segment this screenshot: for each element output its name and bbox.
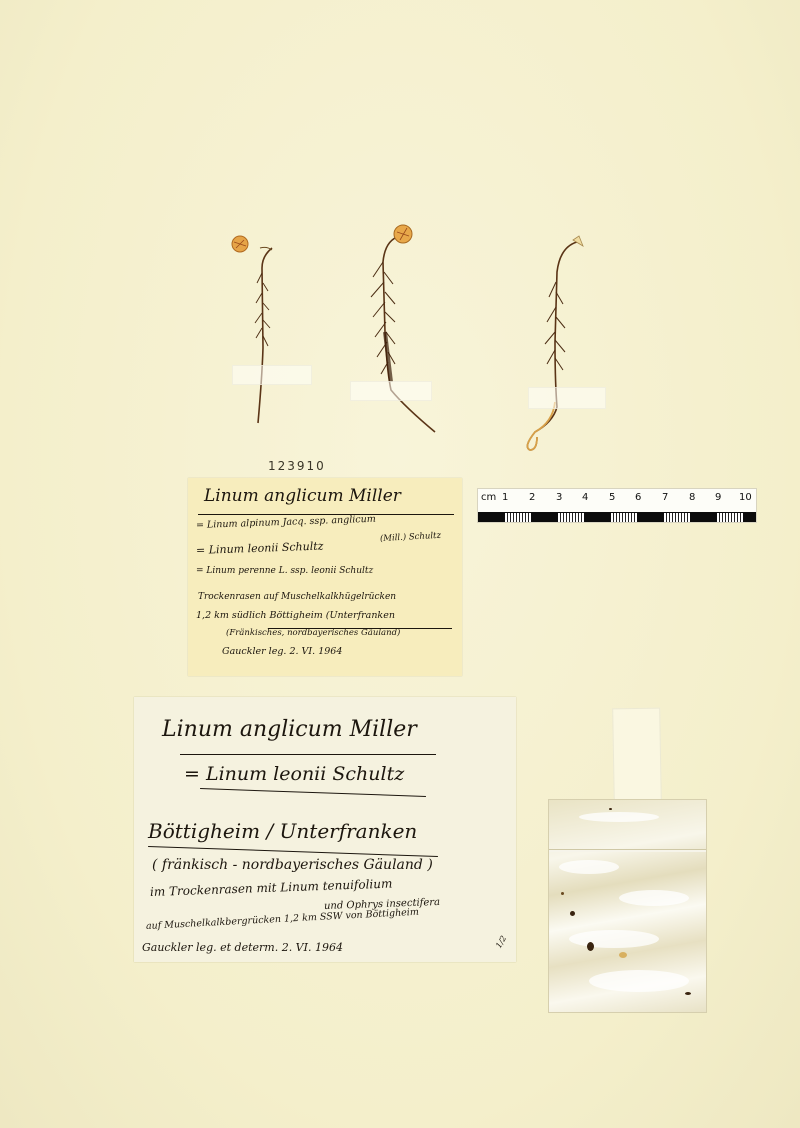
specimen-plant-2 <box>355 222 445 437</box>
habitat-line-1: Trockenrasen auf Muschelkalkhügelrücken <box>198 592 396 602</box>
ruler-segment <box>717 513 743 522</box>
ruler-segment <box>664 513 690 522</box>
habitat-line-2: 1,2 km südlich Böttigheim (Unterfranken <box>196 610 395 621</box>
specimen-plant-3 <box>515 232 595 454</box>
ruler-tick-10: 10 <box>739 492 752 503</box>
habitat-line-3: auf Muschelkalkbergrücken 1,2 km SSW von… <box>146 907 419 932</box>
packet-reflection <box>569 930 659 948</box>
ruler-segment <box>611 513 637 522</box>
packet-reflection <box>559 860 619 874</box>
mounting-tape <box>350 381 432 401</box>
seed <box>570 911 575 916</box>
synonym-underline <box>200 788 426 797</box>
packet-tape <box>612 708 662 806</box>
synonym-1-author: (Mill.) Schultz <box>380 531 441 544</box>
seed-packet <box>548 799 707 1013</box>
collector-date: Gauckler leg. et determ. 2. VI. 1964 <box>142 941 343 954</box>
ruler-tick-5: 5 <box>609 492 615 503</box>
scale-ruler: cm 1 2 3 4 5 6 7 8 9 10 <box>477 488 757 523</box>
ruler-tick-3: 3 <box>556 492 562 503</box>
collector-date: Gauckler leg. 2. VI. 1964 <box>222 646 342 657</box>
synonym-1: = Linum alpinum Jacq. ssp. anglicum <box>196 514 376 531</box>
ruler-tick-8: 8 <box>689 492 695 503</box>
label-title: Linum anglicum Miller <box>162 717 417 742</box>
mounting-tape <box>528 387 606 409</box>
seed <box>685 992 691 995</box>
seed <box>561 892 564 895</box>
packet-reflection <box>619 890 689 906</box>
ruler-tick-2: 2 <box>529 492 535 503</box>
synonym-2: = Linum leonii Schultz <box>196 540 324 557</box>
habitat-line-3: (Fränkisches, nordbayerisches Gäuland) <box>226 628 400 638</box>
ruler-tick-7: 7 <box>662 492 668 503</box>
secondary-label: Linum anglicum Miller = Linum leonii Sch… <box>134 697 516 962</box>
ruler-segment <box>558 513 584 522</box>
habitat-line-1: im Trockenrasen mit Linum tenuifolium <box>150 877 393 899</box>
sheet-fraction: 1/2 <box>494 934 508 950</box>
ruler-tick-4: 4 <box>582 492 588 503</box>
packet-reflection <box>589 970 689 992</box>
specimen-plant-1 <box>222 228 292 428</box>
herbarium-sheet: 123910 Linum anglicum Miller = Linum alp… <box>0 0 800 1128</box>
mounting-tape <box>232 365 312 385</box>
seed <box>587 942 594 951</box>
title-underline <box>180 754 436 755</box>
label-title: Linum anglicum Miller <box>204 486 401 506</box>
ruler-tick-6: 6 <box>635 492 641 503</box>
seed <box>619 952 627 958</box>
seed <box>609 808 612 810</box>
region: ( fränkisch - nordbayerisches Gäuland ) <box>152 857 433 873</box>
packet-fold <box>549 849 706 852</box>
ruler-segment <box>505 513 531 522</box>
locality-underline <box>148 846 438 857</box>
packet-reflection <box>579 812 659 822</box>
primary-label: Linum anglicum Miller = Linum alpinum Ja… <box>188 478 462 676</box>
locality: Böttigheim / Unterfranken <box>148 819 417 843</box>
catalog-number: 123910 <box>268 459 326 473</box>
ruler-tick-1: 1 <box>502 492 508 503</box>
ruler-tick-9: 9 <box>715 492 721 503</box>
synonym: = Linum leonii Schultz <box>184 763 404 785</box>
synonym-3: = Linum perenne L. ssp. leonii Schultz <box>196 566 373 576</box>
ruler-unit: cm <box>481 492 496 503</box>
